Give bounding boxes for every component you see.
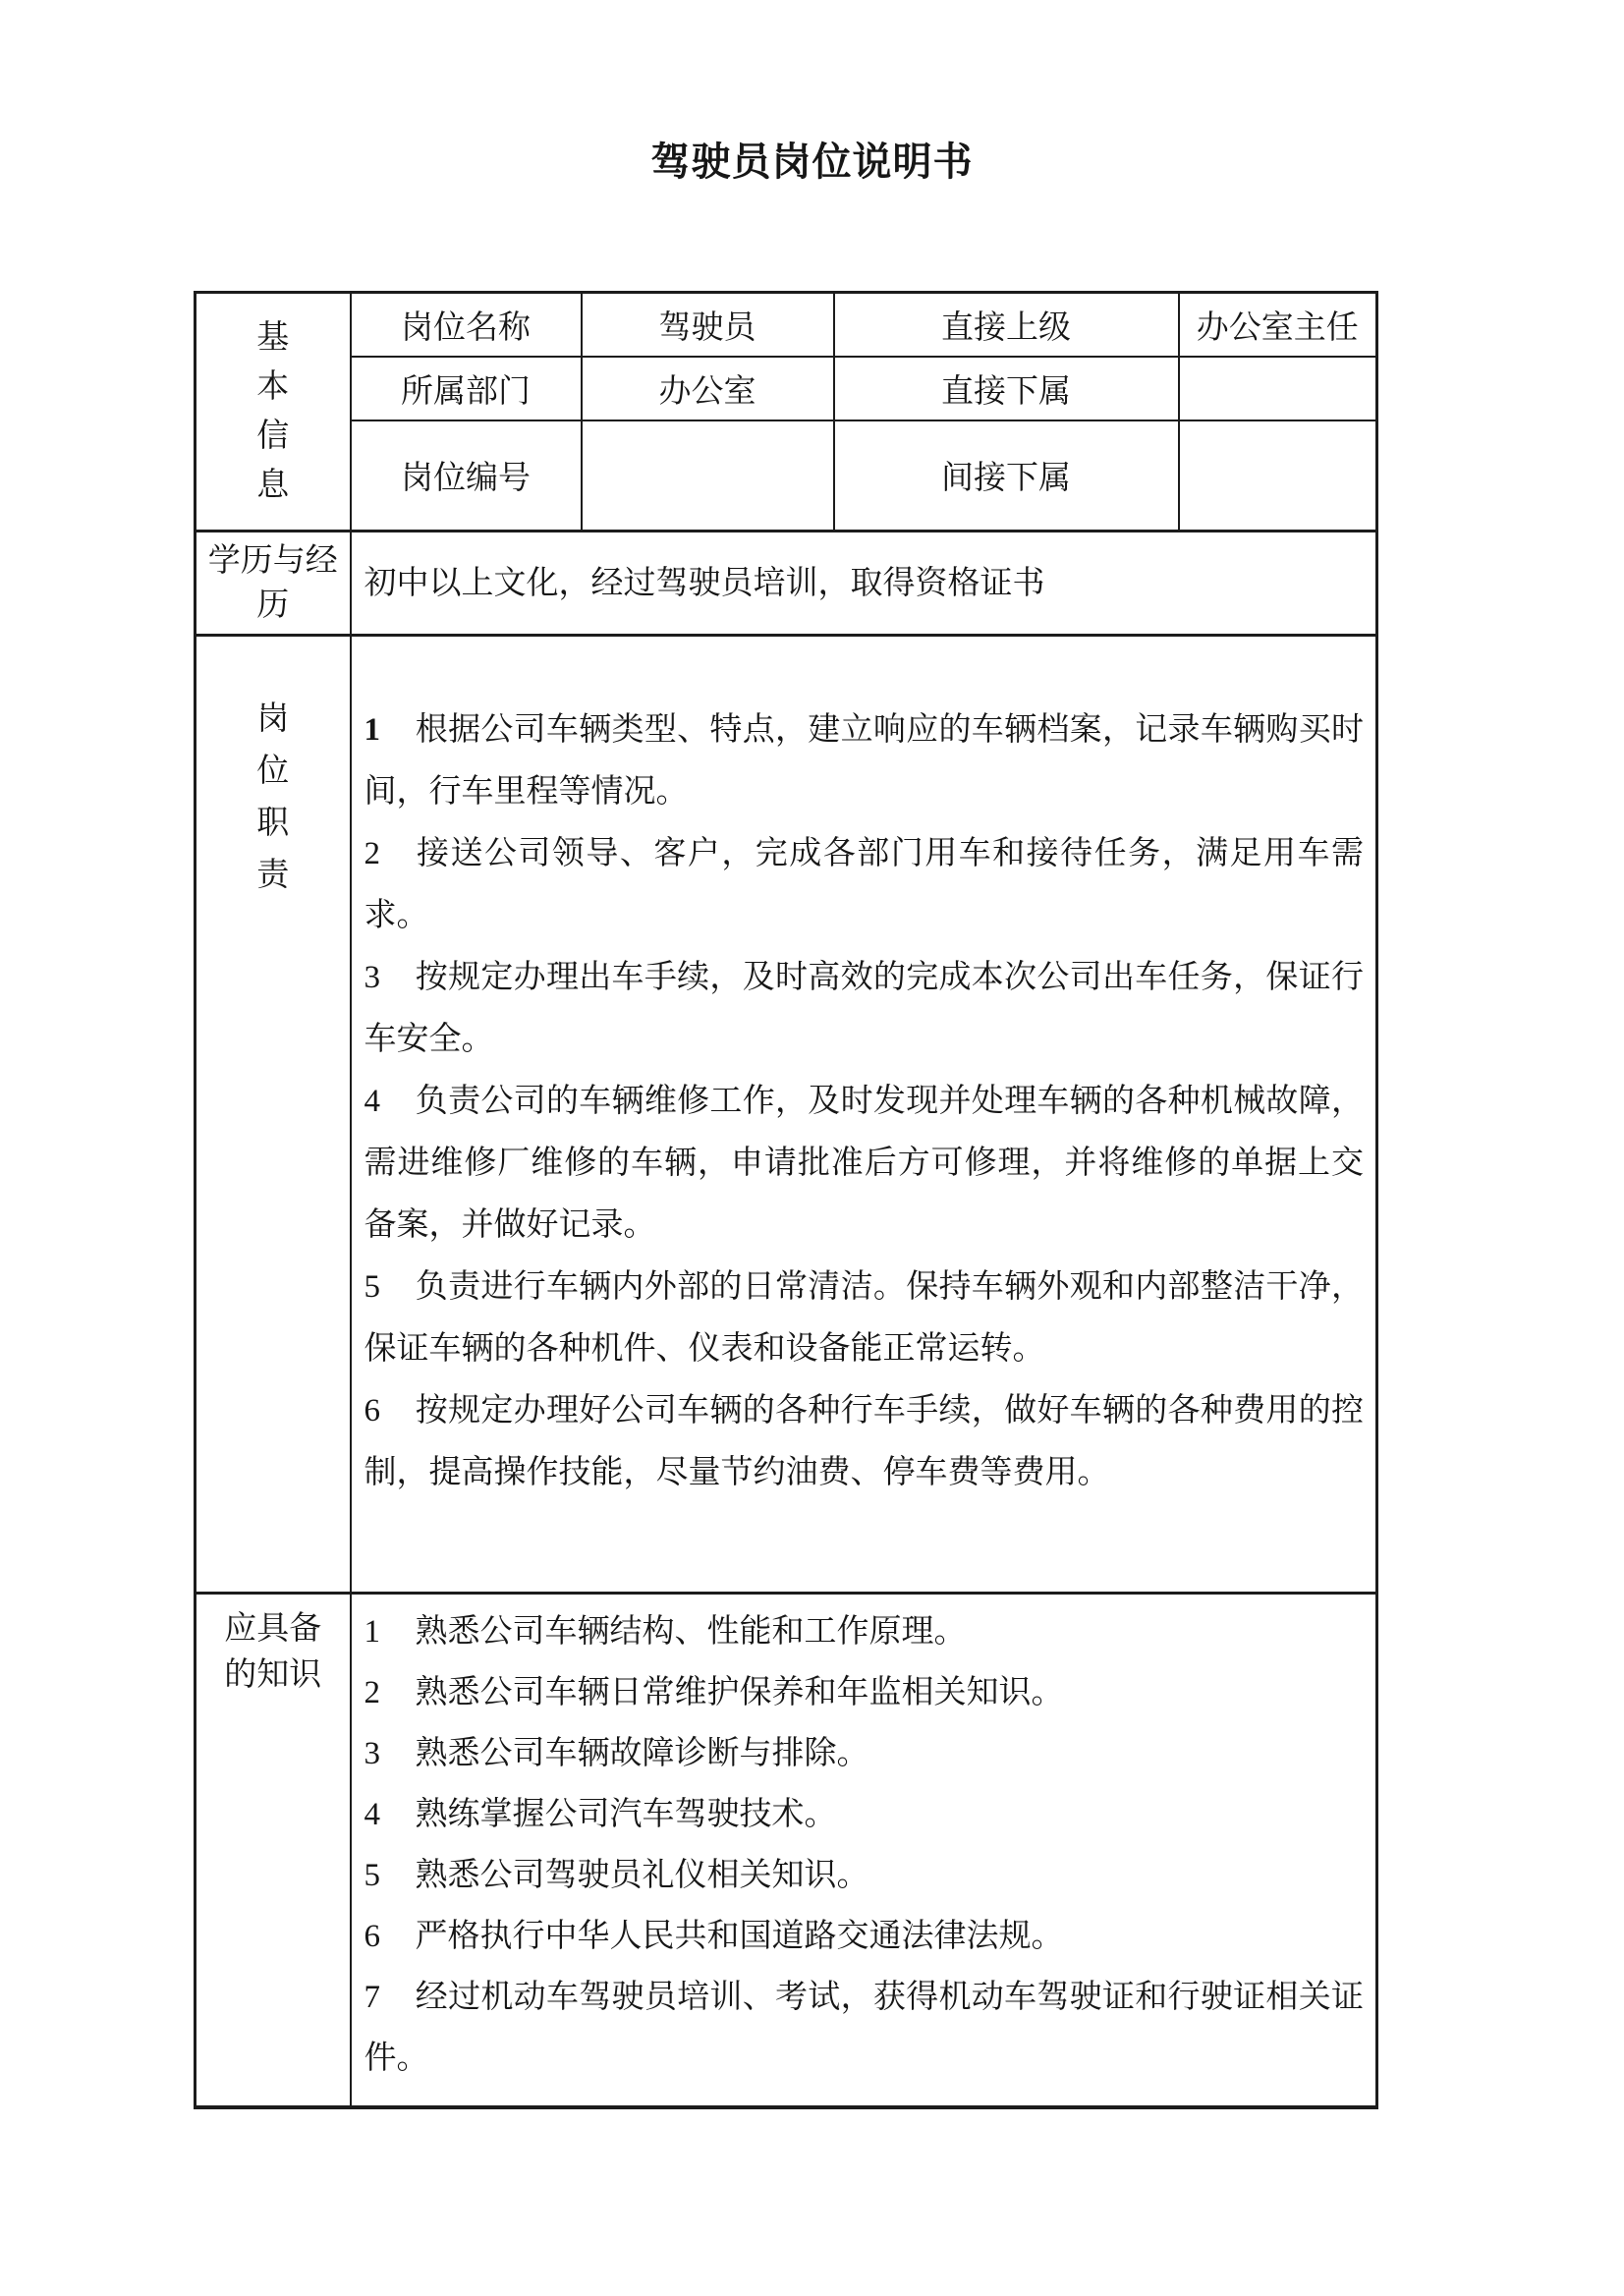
education-label: 学历与经 历 (196, 539, 350, 628)
duty-item-number: 4 (364, 1071, 416, 1133)
duty-item-number: 2 (364, 823, 416, 885)
education-row: 学历与经 历 初中以上文化，经过驾驶员培训，取得资格证书 (196, 532, 1377, 636)
duties-row: 岗 位 职 责 1根据公司车辆类型、特点，建立响应的车辆档案，记录车辆购买时间，… (196, 636, 1377, 1594)
knowledge-item-number: 6 (364, 1906, 416, 1967)
knowledge-item-number: 5 (364, 1845, 416, 1906)
knowledge-item-number: 2 (364, 1662, 416, 1723)
knowledge-item-number: 4 (364, 1784, 416, 1845)
basic-info-label-cell: 基 本 信 息 (196, 293, 351, 532)
duty-item-number: 1 (364, 700, 416, 761)
duty-item-text: 负责公司的车辆维修工作，及时发现并处理车辆的各种机械故障，需进维修厂维修的车辆，… (364, 1084, 1365, 1243)
duty-item: 6按规定办理好公司车辆的各种行车手续，做好车辆的各种费用的控制，提高操作技能，尽… (364, 1380, 1365, 1504)
knowledge-content-cell: 1熟悉公司车辆结构、性能和工作原理。 2熟悉公司车辆日常维护保养和年监相关知识。… (351, 1594, 1377, 2107)
duty-item-text: 接送公司领导、客户，完成各部门用车和接待任务，满足用车需求。 (364, 836, 1365, 933)
knowledge-item-text: 熟悉公司驾驶员礼仪相关知识。 (416, 1858, 869, 1893)
knowledge-item: 1熟悉公司车辆结构、性能和工作原理。 (364, 1601, 1365, 1662)
knowledge-item-number: 3 (364, 1723, 416, 1784)
department-value: 办公室 (582, 357, 834, 420)
indirect-subordinate-value (1179, 420, 1377, 532)
basic-info-row-3: 岗位编号 间接下属 (196, 420, 1377, 532)
knowledge-item: 6严格执行中华人民共和国道路交通法律法规。 (364, 1906, 1365, 1967)
position-name-value: 驾驶员 (582, 293, 834, 357)
duty-item: 5负责进行车辆内外部的日常清洁。保持车辆外观和内部整洁干净，保证车辆的各种机件、… (364, 1257, 1365, 1380)
page-title: 驾驶员岗位说明书 (0, 0, 1624, 187)
knowledge-item-text: 熟悉公司车辆故障诊断与排除。 (416, 1736, 869, 1771)
knowledge-item: 5熟悉公司驾驶员礼仪相关知识。 (364, 1845, 1365, 1906)
position-code-label: 岗位编号 (351, 420, 582, 532)
basic-info-row-1: 基 本 信 息 岗位名称 驾驶员 直接上级 办公室主任 (196, 293, 1377, 357)
duties-label: 岗 位 职 责 (196, 637, 350, 902)
direct-superior-label: 直接上级 (834, 293, 1179, 357)
knowledge-item-number: 1 (364, 1601, 416, 1662)
knowledge-item-text: 熟悉公司车辆日常维护保养和年监相关知识。 (416, 1675, 1064, 1710)
basic-info-row-2: 所属部门 办公室 直接下属 (196, 357, 1377, 420)
direct-subordinate-value (1179, 357, 1377, 420)
knowledge-item-number: 7 (364, 1967, 416, 2028)
knowledge-item-text: 严格执行中华人民共和国道路交通法律法规。 (416, 1919, 1064, 1954)
knowledge-label-cell: 应具备 的知识 (196, 1594, 351, 2107)
duty-item-text: 按规定办理好公司车辆的各种行车手续，做好车辆的各种费用的控制，提高操作技能，尽量… (364, 1393, 1365, 1490)
indirect-subordinate-label: 间接下属 (834, 420, 1179, 532)
knowledge-row: 应具备 的知识 1熟悉公司车辆结构、性能和工作原理。 2熟悉公司车辆日常维护保养… (196, 1594, 1377, 2107)
duty-item: 4负责公司的车辆维修工作，及时发现并处理车辆的各种机械故障，需进维修厂维修的车辆… (364, 1071, 1365, 1257)
duties-label-cell: 岗 位 职 责 (196, 636, 351, 1594)
knowledge-item: 7经过机动车驾驶员培训、考试，获得机动车驾驶证和行驶证相关证件。 (364, 1967, 1365, 2089)
knowledge-item-text: 经过机动车驾驶员培训、考试，获得机动车驾驶证和行驶证相关证件。 (364, 1980, 1365, 2076)
duties-content-cell: 1根据公司车辆类型、特点，建立响应的车辆档案，记录车辆购买时间，行车里程等情况。… (351, 636, 1377, 1594)
job-description-table: 基 本 信 息 岗位名称 驾驶员 直接上级 办公室主任 所属部门 办公室 直接下… (194, 291, 1378, 2109)
education-requirement-text: 初中以上文化，经过驾驶员培训，取得资格证书 (351, 532, 1377, 636)
knowledge-item: 2熟悉公司车辆日常维护保养和年监相关知识。 (364, 1662, 1365, 1723)
basic-info-label: 基 本 信 息 (196, 313, 350, 510)
duty-item-number: 6 (364, 1380, 416, 1442)
duty-item-number: 3 (364, 947, 416, 1009)
position-name-label: 岗位名称 (351, 293, 582, 357)
knowledge-label: 应具备 的知识 (196, 1595, 350, 1699)
knowledge-item: 3熟悉公司车辆故障诊断与排除。 (364, 1723, 1365, 1784)
duty-item-text: 负责进行车辆内外部的日常清洁。保持车辆外观和内部整洁干净，保证车辆的各种机件、仪… (364, 1269, 1365, 1367)
duty-item: 3按规定办理出车手续，及时高效的完成本次公司出车任务，保证行车安全。 (364, 947, 1365, 1071)
duty-item: 2接送公司领导、客户，完成各部门用车和接待任务，满足用车需求。 (364, 823, 1365, 947)
duty-item-text: 按规定办理出车手续，及时高效的完成本次公司出车任务，保证行车安全。 (364, 960, 1365, 1057)
document-page: 驾驶员岗位说明书 基 本 信 息 岗位名称 驾驶员 直接上级 办公室主任 所属部… (0, 0, 1624, 2296)
department-label: 所属部门 (351, 357, 582, 420)
direct-superior-value: 办公室主任 (1179, 293, 1377, 357)
knowledge-item-text: 熟练掌握公司汽车驾驶技术。 (416, 1797, 837, 1832)
education-label-cell: 学历与经 历 (196, 532, 351, 636)
knowledge-item: 4熟练掌握公司汽车驾驶技术。 (364, 1784, 1365, 1845)
duty-item-text: 根据公司车辆类型、特点，建立响应的车辆档案，记录车辆购买时间，行车里程等情况。 (364, 712, 1365, 810)
direct-subordinate-label: 直接下属 (834, 357, 1179, 420)
duty-item-number: 5 (364, 1257, 416, 1318)
knowledge-item-text: 熟悉公司车辆结构、性能和工作原理。 (416, 1614, 967, 1650)
position-code-value (582, 420, 834, 532)
duty-item: 1根据公司车辆类型、特点，建立响应的车辆档案，记录车辆购买时间，行车里程等情况。 (364, 700, 1365, 823)
